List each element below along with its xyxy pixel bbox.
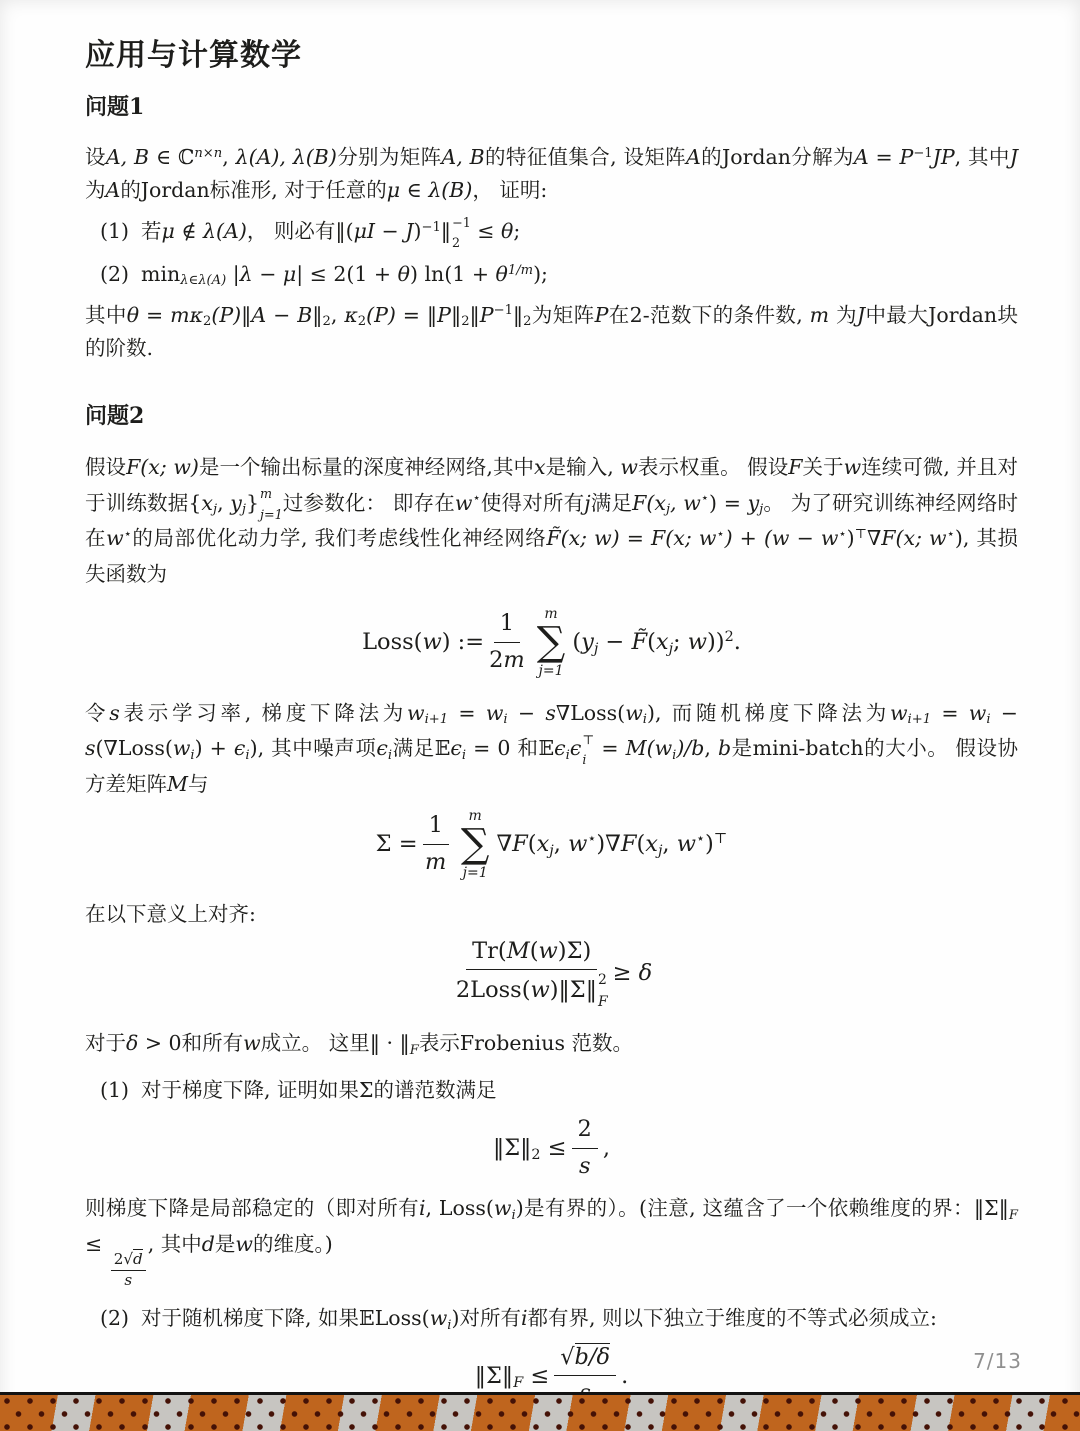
- item-label: (2): [85, 1301, 129, 1336]
- sigma-sum-icon: ∑: [537, 624, 566, 660]
- item-text: 对于随机梯度下降, 如果𝔼Loss(wi)对所有i都有界, 则以下独立于维度的不…: [141, 1301, 1018, 1336]
- stability-note: 则梯度下降是局部稳定的（即对所有i, Loss(wi)是有界的）。(注意, 这蕴…: [85, 1191, 1018, 1289]
- problem1-item-2: (2) minλ∈λ(A) |λ − μ| ≤ 2(1 + θ) ln(1 + …: [85, 257, 1018, 292]
- problem2-item-2: (2) 对于随机梯度下降, 如果𝔼Loss(wi)对所有i都有界, 则以下独立于…: [85, 1301, 1018, 1336]
- sigma-sum-icon: ∑: [461, 826, 490, 862]
- problem2-heading: 问题2: [85, 399, 1018, 430]
- equation-rhs: .: [621, 1363, 628, 1389]
- problem1-heading: 问题1: [85, 90, 1018, 121]
- decorative-stripe-band: [0, 1392, 1080, 1431]
- item-label: (1): [85, 214, 129, 249]
- problem1-outro: 其中θ = mκ2(P)‖A − B‖2, κ2(P) = ‖P‖2‖P−1‖2…: [85, 299, 1018, 365]
- equation-loss: Loss(w) := 12m m∑j=1 (yj − F̃(xj; w))2.: [85, 607, 1018, 678]
- frobenius-note: 对于δ > 0和所有w成立。 这里‖ · ‖F表示Frobenius 范数。: [85, 1027, 1018, 1060]
- problem2-item-1: (1) 对于梯度下降, 证明如果Σ的谱范数满足: [85, 1073, 1018, 1108]
- summation-operator: m∑j=1: [461, 809, 490, 880]
- equation-rhs: (yj − F̃(xj; w))2.: [572, 629, 741, 655]
- equation-rhs: ∇F(xj, w⋆)∇F(xj, w⋆)⊤: [496, 831, 727, 857]
- item-label: (2): [85, 257, 129, 292]
- problem2-sgd-paragraph: 令s表示学习率, 梯度下降法为wi+1 = wi − s∇Loss(wi), 而…: [85, 696, 1018, 803]
- problem1-item-1: (1) 若μ ∉ λ(A)， 则必有‖(μI − J)−1‖−12 ≤ θ;: [85, 214, 1018, 249]
- equation-lhs: Loss(w) :=: [362, 629, 484, 655]
- fraction: Tr(M(w)Σ)2Loss(w)‖Σ‖2F: [456, 937, 608, 1010]
- page-number: 7/13: [973, 1349, 1022, 1373]
- problem1-intro: 设A, B ∈ ℂn×n, λ(A), λ(B)分别为矩阵A, B的特征值集合,…: [85, 141, 1018, 207]
- document-page: 应用与计算数学 问题1 设A, B ∈ ℂn×n, λ(A), λ(B)分别为矩…: [0, 0, 1080, 1431]
- fraction: 2s: [572, 1115, 598, 1181]
- equation-lhs: ‖Σ‖F ≤: [475, 1363, 549, 1389]
- equation-alignment: Tr(M(w)Σ)2Loss(w)‖Σ‖2F ≥ δ: [85, 937, 1018, 1010]
- equation-lhs: ‖Σ‖2 ≤: [493, 1135, 567, 1161]
- item-text: minλ∈λ(A) |λ − μ| ≤ 2(1 + θ) ln(1 + θ1/m…: [141, 257, 1018, 292]
- fraction: 1m: [423, 811, 449, 877]
- page-title: 应用与计算数学: [85, 30, 1018, 74]
- alignment-intro: 在以下意义上对齐:: [85, 898, 1018, 931]
- problem2-intro: 假设F(x; w)是一个输出标量的深度神经网络,其中x是输入, w表示权重。 假…: [85, 450, 1018, 593]
- item-text: 对于梯度下降, 证明如果Σ的谱范数满足: [141, 1073, 1018, 1108]
- summation-operator: m∑j=1: [537, 607, 566, 678]
- equation-sigma: Σ = 1m m∑j=1 ∇F(xj, w⋆)∇F(xj, w⋆)⊤: [85, 809, 1018, 880]
- equation-lhs: Σ =: [376, 831, 418, 857]
- equation-rhs: ,: [603, 1135, 610, 1161]
- equation-spectral-norm: ‖Σ‖2 ≤ 2s ,: [85, 1115, 1018, 1181]
- item-text: 若μ ∉ λ(A)， 则必有‖(μI − J)−1‖−12 ≤ θ;: [141, 214, 1018, 249]
- fraction: 12m: [489, 609, 525, 675]
- equation-rhs: ≥ δ: [613, 960, 653, 986]
- item-label: (1): [85, 1073, 129, 1108]
